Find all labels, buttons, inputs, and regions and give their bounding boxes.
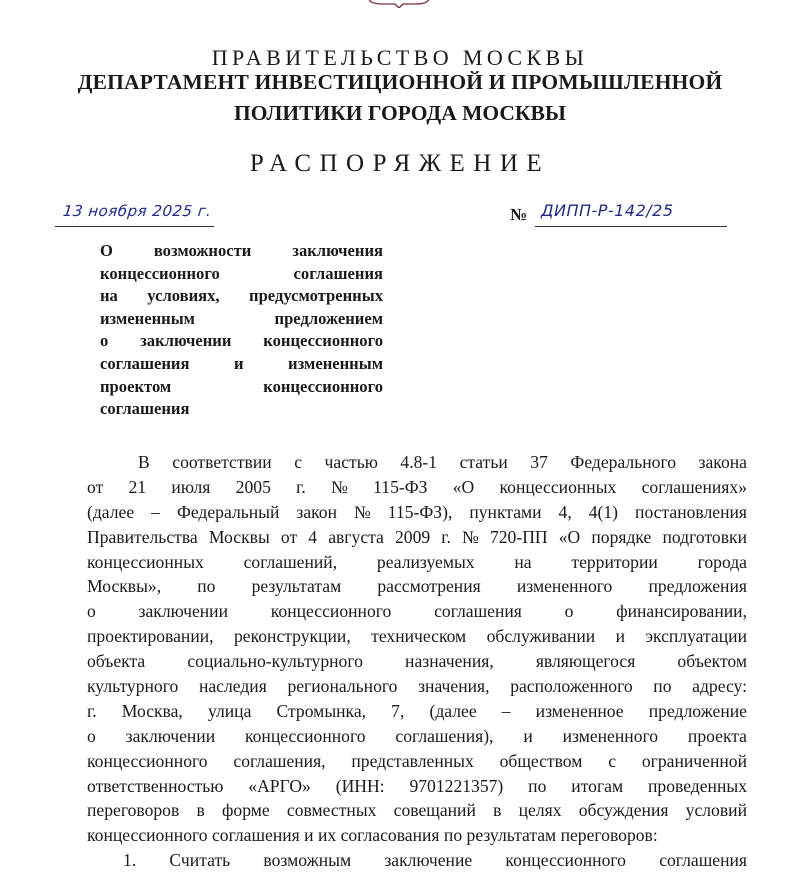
subject-line: концессионного соглашения [100, 263, 383, 286]
body-line: от 21 июля 2005 г. № 115-ФЗ «О концессио… [87, 475, 747, 500]
subject-line: соглашения и измененным [100, 353, 383, 376]
subject-line: соглашения [100, 398, 383, 421]
body-line: концессионного соглашения и их согласова… [87, 823, 747, 848]
body-line: объекта социально-культурного назначения… [87, 649, 747, 674]
document-date: 13 ноября 2025 г. [62, 202, 212, 220]
body-line: (далее – Федеральный закон № 115-ФЗ), пу… [87, 500, 747, 525]
subject-line: о заключении концессионного [100, 330, 383, 353]
number-label: № [510, 205, 527, 225]
body-line: культурного наследия регионального значе… [87, 674, 747, 699]
body-line: концессионных соглашений, реализуемых на… [87, 550, 747, 575]
document-number: ДИПП-Р-142/25 [541, 201, 674, 220]
body-text: В соответствии с частью 4.8-1 статьи 37 … [87, 450, 747, 873]
document-date-field: 13 ноября 2025 г. [55, 200, 214, 227]
body-line: о заключении концессионного соглашения о… [87, 599, 747, 624]
list-item-1: 1. Считать возможным заключение концесси… [87, 848, 747, 873]
department-name-line2: ПОЛИТИКИ ГОРОДА МОСКВЫ [0, 101, 800, 126]
subject-line: О возможности заключения [100, 240, 383, 263]
body-line: проектировании, реконструкции, техническ… [87, 624, 747, 649]
body-line: о заключении концессионного соглашения),… [87, 724, 747, 749]
subject-line: на условиях, предусмотренных [100, 285, 383, 308]
subject-line: измененным предложением [100, 308, 383, 331]
document-type-title: РАСПОРЯЖЕНИЕ [0, 150, 800, 178]
body-line: Москвы», по результатам рассмотрения изм… [87, 574, 747, 599]
body-line: Правительства Москвы от 4 августа 2009 г… [87, 525, 747, 550]
body-line: переговоров в форме совместных совещаний… [87, 798, 747, 823]
department-name-line1: ДЕПАРТАМЕНТ ИНВЕСТИЦИОННОЙ И ПРОМЫШЛЕННО… [0, 70, 800, 95]
body-line: г. Москва, улица Стромынка, 7, (далее – … [87, 699, 747, 724]
government-name: ПРАВИТЕЛЬСТВО МОСКВЫ [0, 45, 800, 71]
moscow-coat-of-arms-icon [367, 0, 431, 8]
subject-line: проектом концессионного [100, 376, 383, 399]
document-number-field: ДИПП-Р-142/25 [535, 200, 727, 227]
body-line: В соответствии с частью 4.8-1 статьи 37 … [87, 450, 747, 475]
body-line: концессионного соглашения, представленны… [87, 749, 747, 774]
subject-block: О возможности заключения концессионного … [100, 240, 383, 421]
body-line: ответственностью «АРГО» (ИНН: 9701221357… [87, 774, 747, 799]
